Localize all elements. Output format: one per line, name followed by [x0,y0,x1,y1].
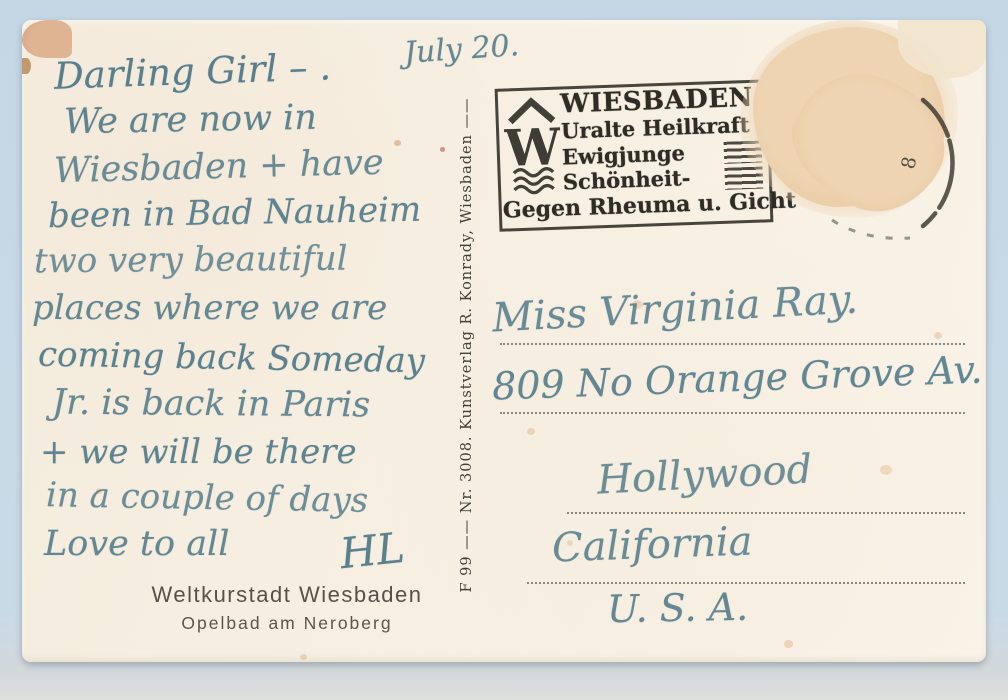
address-rule [500,412,965,414]
edge-nick [22,58,31,74]
message-line: coming back Someday [38,335,426,382]
foxing-spot [527,428,535,435]
foxing-spot [394,140,401,146]
message-line: places where we are [32,288,387,328]
message-line: in a couple of days [46,475,369,521]
address-line: Hollywood [596,446,813,503]
foxing-spot [880,465,892,475]
address-rule [567,512,965,514]
corner-chip [22,20,72,58]
address-rule [500,343,965,345]
address-line: U. S. A. [607,585,749,631]
publisher-imprint: F 99 —— Nr. 3008. Kunstverlag R. Konrady… [459,75,479,615]
slogan-postmark: W WIESBADEN Uralte Heilkraft Ewigjunge S… [495,79,774,231]
caption-title: Weltkurstadt Wiesbaden [107,582,467,608]
wiesbaden-w-monogram-icon: W [503,94,562,196]
caption-subtitle: Opelbad am Neroberg [107,613,467,634]
slogan-line: Schönheit- [562,165,690,194]
circular-postmark-icon: 8 [818,78,986,248]
foxing-spot [784,640,793,648]
message-line: Jr. is back in Paris [52,383,371,426]
foxing-spot [934,332,942,339]
signature: HL [338,523,407,578]
foxing-spot [440,147,445,152]
address-line: California [551,519,753,572]
foxing-spot [300,654,307,660]
postcard-back: Weltkurstadt Wiesbaden Opelbad am Nerobe… [22,20,986,662]
address-line: 809 No Orange Grove Av. [491,347,983,408]
message-line: + we will be there [40,432,357,472]
monogram-letter: W [503,117,562,178]
slogan-line: Uralte Heilkraft [561,112,750,144]
printed-caption: Weltkurstadt Wiesbaden Opelbad am Nerobe… [107,582,467,634]
message-line: Wiesbaden + have [54,143,385,192]
message-line: two very beautiful [34,239,348,282]
message-line: Love to all [44,524,229,564]
postmark-digit: 8 [897,155,921,171]
address-line: Miss Virginia Ray. [491,276,859,341]
message-line: We are now in [64,98,317,142]
address-rule [527,582,965,584]
message-date: July 20. [403,28,520,71]
message-line: been in Bad Nauheim [48,190,422,237]
postcard-photo: { "colors": { "background": "#c8d9e6", "… [0,0,1008,700]
message-line: Darling Girl – . [53,45,331,98]
